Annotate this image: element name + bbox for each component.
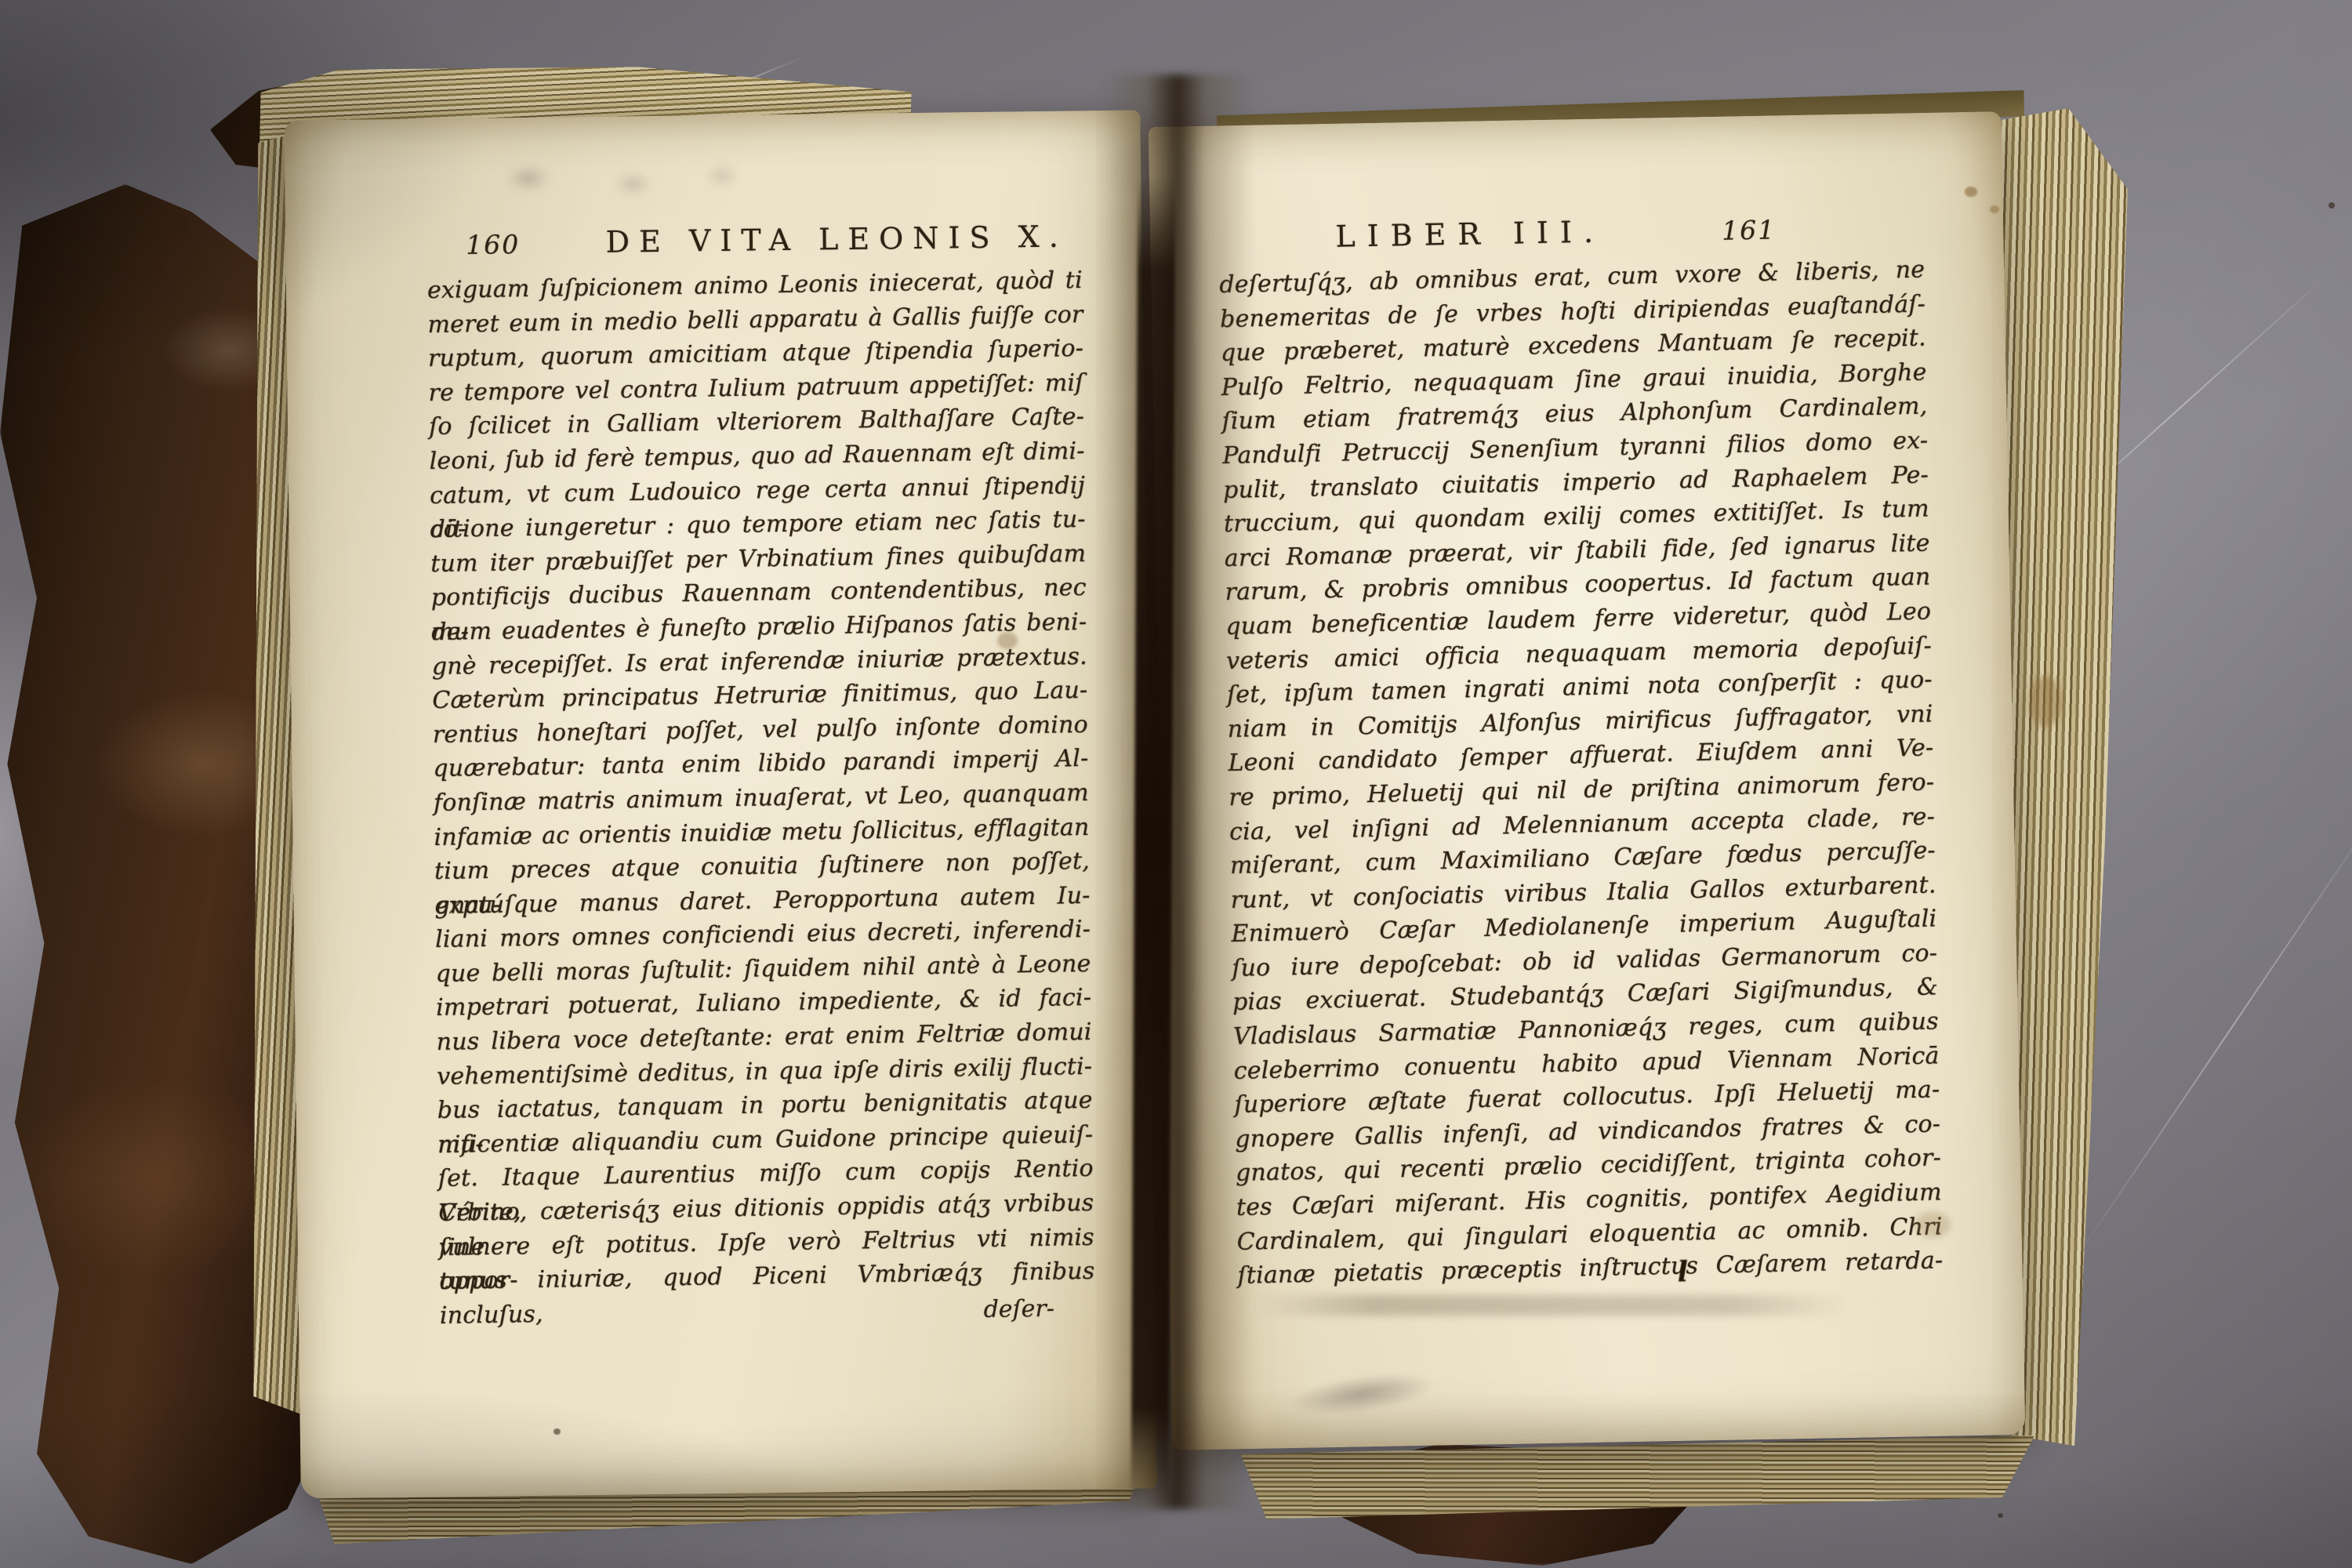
- page-number-right: 161: [1722, 212, 1925, 246]
- right-page: LIBER III. 161 deſertuſq́ʒ, ab omnibus e…: [1149, 111, 2026, 1450]
- signature-mark: l: [1677, 1256, 1688, 1289]
- left-page: 160 DE VITA LEONIS X. exiguam ſuſpicione…: [284, 110, 1156, 1498]
- right-page-body-text: deſertuſq́ʒ, ab omnibus erat, cum vxore …: [1219, 252, 1944, 1293]
- gutter-slit: [1131, 176, 1176, 1501]
- left-page-header: 160 DE VITA LEONIS X.: [426, 219, 1083, 267]
- running-title-right: LIBER III.: [1218, 212, 1722, 256]
- dust-speck: [2328, 202, 2335, 209]
- surface-scratch: [2074, 793, 2352, 1261]
- dust-speck: [1998, 1513, 2003, 1518]
- right-page-text-area: LIBER III. 161 deſertuſq́ʒ, ab omnibus e…: [1218, 209, 1944, 1292]
- left-page-body-text: exiguam ſuſpicionem animo Leonis iniecer…: [427, 263, 1095, 1299]
- right-page-header: LIBER III. 161: [1218, 209, 1925, 262]
- left-page-text-area: 160 DE VITA LEONIS X. exiguam ſuſpicione…: [426, 219, 1095, 1330]
- running-title-left: DE VITA LEONIS X.: [591, 219, 1082, 260]
- page-number-left: 160: [426, 228, 591, 261]
- photo-open-antique-book: 160 DE VITA LEONIS X. exiguam ſuſpicione…: [0, 0, 2352, 1568]
- gutter-shadow: [1101, 74, 1254, 1509]
